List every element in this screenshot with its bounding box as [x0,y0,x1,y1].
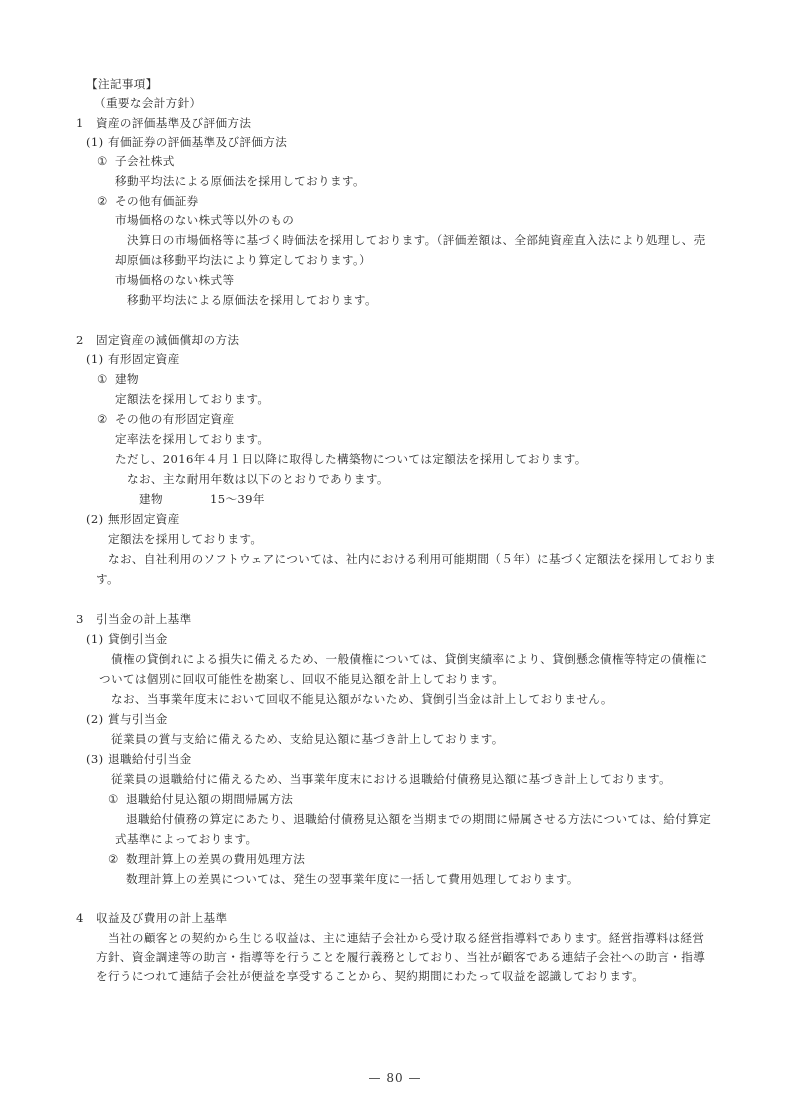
notes-heading: 【注記事項】 [86,77,158,91]
document-page: 【注記事項】 （重要な会計方針） 1 資産の評価基準及び評価方法 (1) 有価証… [0,0,790,1118]
item-label: ② [97,194,108,208]
subsection-label: (1) [86,352,103,366]
section-number: 4 [76,911,84,925]
subsection-title: 退職給付引当金 [108,752,192,766]
subsection-title: 有価証券の評価基準及び評価方法 [108,135,287,149]
useful-life-asset: 建物 [139,492,163,506]
section-number: 3 [76,612,84,626]
subsection-label: (1) [86,632,103,646]
subsection-label: (2) [86,512,103,526]
sub-item-title: 市場価格のない株式等以外のもの [115,213,294,227]
item-title: その他有価証券 [115,194,199,208]
section-title: 引当金の計上基準 [96,612,192,626]
paragraph: 債権の貸倒れによる損失に備えるため、一般債権については、貸倒実績率により、貸倒懸… [111,652,708,666]
item-title: 退職給付見込額の期間帰属方法 [126,792,293,806]
paragraph: 定額法を採用しております。 [108,532,262,546]
subsection-title: 無形固定資産 [108,512,180,526]
item-label: ① [97,372,108,386]
paragraph: 従業員の賞与支給に備えるため、支給見込額に基づき計上しております。 [111,732,504,746]
paragraph: ただし、2016年４月１日以降に取得した構築物については定額法を採用しております… [115,452,587,466]
sub-item-title: 市場価格のない株式等 [115,273,234,287]
item-title: その他の有形固定資産 [115,412,234,426]
paragraph-continuation: 却原価は移動平均法により算定しております。） [115,253,371,267]
section-number: 2 [76,333,84,347]
paragraph-continuation: 式基準によっております。 [115,832,257,846]
paragraph: なお、主な耐用年数は以下のとおりであります。 [127,472,389,486]
paragraph: 退職給付債務の算定にあたり、退職給付債務見込額を当期までの期間に帰属させる方法に… [126,812,711,826]
paragraph-continuation: ついては個別に回収可能性を勘案し、回収不能見込額を計上しております。 [99,672,504,686]
paragraph-continuation: す。 [96,572,119,586]
item-title: 数理計算上の差異の費用処理方法 [126,852,305,866]
subsection-title: 賞与引当金 [108,712,168,726]
paragraph: 定額法を採用しております。 [115,392,269,406]
subsection-title: 貸倒引当金 [108,632,168,646]
paragraph: 決算日の市場価格等に基づく時価法を採用しております。（評価差額は、全部純資産直入… [127,233,706,247]
paragraph: 当社の顧客との契約から生じる収益は、主に連結子会社から受け取る経営指導料でありま… [108,931,704,945]
policy-heading: （重要な会計方針） [94,96,202,110]
useful-life-years: 15～39年 [210,492,265,506]
subsection-title: 有形固定資産 [108,352,180,366]
paragraph: 従業員の退職給付に備えるため、当事業年度末における退職給付債務見込額に基づき計上… [111,772,671,786]
item-label: ① [97,154,108,168]
paragraph-continuation: を行うにつれて連結子会社が便益を享受することから、契約期間にわたって収益を認識し… [96,969,644,983]
section-number: 1 [76,116,84,130]
subsection-label: (1) [86,135,103,149]
item-label: ② [108,852,119,866]
paragraph: なお、当事業年度末において回収不能見込額がないため、貸倒引当金は計上しておりませ… [111,692,613,706]
paragraph: 移動平均法による原価法を採用しております。 [115,174,365,188]
section-title: 収益及び費用の計上基準 [96,911,227,925]
item-title: 子会社株式 [115,154,175,168]
paragraph: 定率法を採用しております。 [115,432,269,446]
item-label: ② [97,412,108,426]
paragraph-continuation: 方針、資金調達等の助言・指導等を行うことを履行義務としており、当社が顧客である連… [96,950,705,964]
item-title: 建物 [115,372,139,386]
subsection-label: (2) [86,712,103,726]
page-number: — 80 — [0,1071,790,1085]
paragraph: なお、自社利用のソフトウェアについては、社内における利用可能期間（５年）に基づく… [108,552,716,566]
item-label: ① [108,792,119,806]
paragraph: 移動平均法による原価法を採用しております。 [127,293,377,307]
section-title: 固定資産の減価償却の方法 [96,333,239,347]
section-title: 資産の評価基準及び評価方法 [96,116,251,130]
subsection-label: (3) [86,752,103,766]
paragraph: 数理計算上の差異については、発生の翌事業年度に一括して費用処理しております。 [126,872,579,886]
